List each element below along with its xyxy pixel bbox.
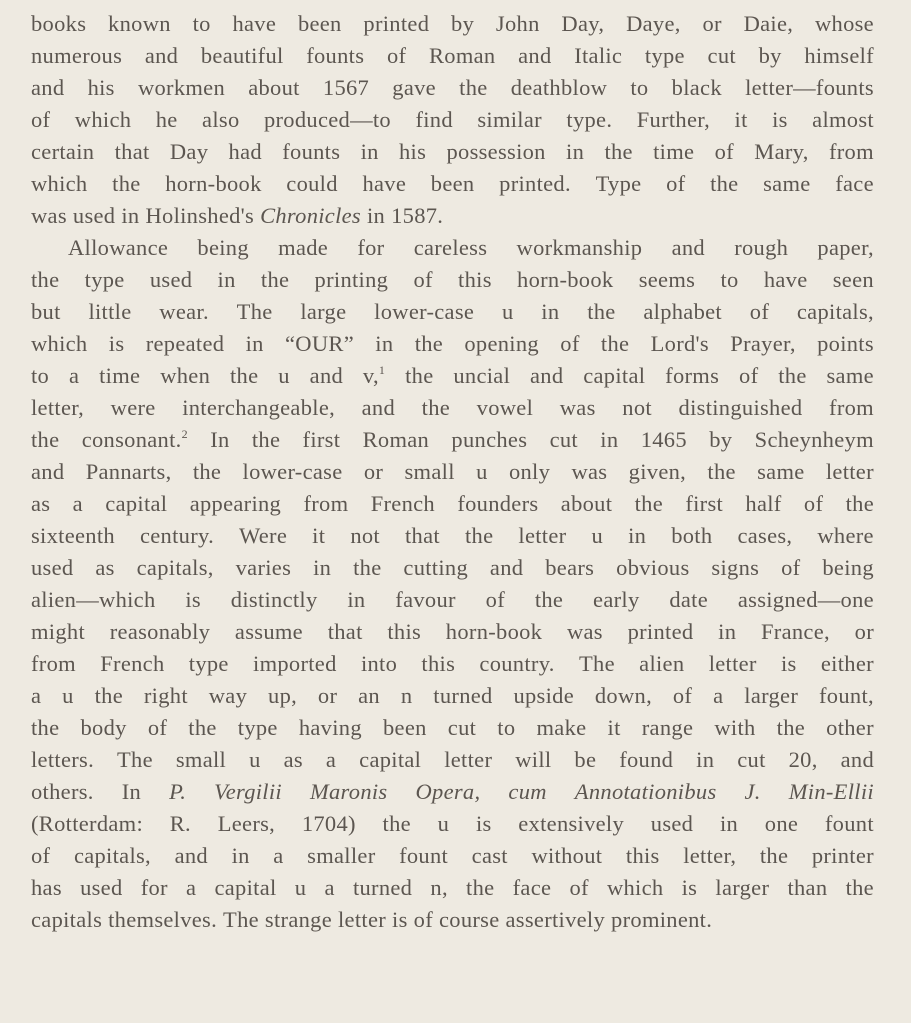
text: the — [31, 715, 59, 740]
word: u — [502, 296, 514, 328]
word: with — [714, 712, 755, 744]
text: body — [81, 715, 127, 740]
word: others. — [31, 776, 94, 808]
word: Day, — [561, 8, 604, 40]
text: without — [531, 843, 602, 868]
text: almost — [812, 107, 874, 132]
text: type — [189, 651, 229, 676]
word: lower-case — [374, 296, 474, 328]
word: himself — [804, 40, 874, 72]
word: of — [739, 360, 758, 392]
word: themselves. — [108, 904, 217, 936]
word: seen — [833, 264, 874, 296]
word: fount, — [819, 680, 874, 712]
text: a — [186, 875, 196, 900]
text: time — [99, 363, 140, 388]
text: a — [273, 843, 283, 868]
text: points — [817, 331, 874, 356]
text: alphabet — [643, 299, 722, 324]
word: of — [148, 712, 167, 744]
text: certain — [31, 139, 94, 164]
word: when — [160, 360, 210, 392]
word: his — [88, 72, 115, 104]
text-line: wasusedinHolinshed'sChroniclesin1587. — [31, 200, 874, 232]
text: cut — [448, 715, 476, 740]
text: capital — [583, 363, 645, 388]
word: of — [486, 584, 505, 616]
word: as — [31, 488, 50, 520]
text: in — [628, 523, 646, 548]
text: in — [347, 587, 365, 612]
text-line: thetypeusedintheprintingofthishorn-books… — [31, 264, 874, 296]
word: u — [278, 360, 290, 392]
text: being — [822, 555, 874, 580]
text: for — [357, 235, 384, 260]
text: of — [804, 491, 823, 516]
text: type — [645, 43, 685, 68]
text-line: whichisrepeatedin“OUR”intheopeningoftheL… — [31, 328, 874, 360]
text: which — [607, 875, 664, 900]
word: Holinshed's — [145, 200, 254, 232]
word: workmen — [138, 72, 225, 104]
text: printed — [363, 11, 429, 36]
text: first — [685, 491, 723, 516]
word: by — [709, 424, 732, 456]
text: not — [622, 395, 652, 420]
text: Holinshed's — [145, 203, 254, 228]
word: printer — [812, 840, 874, 872]
text: capitals, — [797, 299, 874, 324]
text: fount, — [819, 683, 874, 708]
text: upside — [513, 683, 574, 708]
word: from — [303, 488, 348, 520]
word: Maronis — [310, 776, 388, 808]
word: used — [80, 872, 122, 904]
text: be — [574, 747, 596, 772]
word: letter — [518, 520, 566, 552]
text: that — [115, 139, 150, 164]
word: Allowance — [68, 232, 168, 264]
text: appearing — [190, 491, 281, 516]
text: Roman — [429, 43, 496, 68]
text: been — [298, 11, 342, 36]
word: Roman — [363, 424, 430, 456]
text-line: booksknowntohavebeenprintedbyJohnDay,Day… — [31, 8, 874, 40]
word: produced—to — [264, 104, 391, 136]
text: a — [69, 363, 79, 388]
text: u — [249, 747, 261, 772]
text: letter, — [683, 843, 736, 868]
word: cutting — [403, 552, 468, 584]
text: black — [672, 75, 722, 100]
text: John — [496, 11, 540, 36]
text: the — [415, 331, 443, 356]
word: used — [651, 808, 693, 840]
word: horn-book — [446, 616, 542, 648]
paragraph: Allowancebeingmadeforcarelessworkmanship… — [31, 232, 874, 936]
word: be — [574, 744, 596, 776]
text-line: capitalsthemselves.Thestrangeletterisofc… — [31, 904, 874, 936]
word: fount — [825, 808, 874, 840]
text: the — [422, 395, 450, 420]
text: Pannarts, — [86, 459, 172, 484]
text: deathblow — [511, 75, 607, 100]
text: have — [362, 171, 406, 196]
word: and — [145, 40, 178, 72]
word: the — [710, 168, 738, 200]
word: bears — [545, 552, 594, 584]
text: used — [31, 555, 73, 580]
word: seems — [639, 264, 696, 296]
text: The — [223, 907, 259, 932]
text-line: thebodyofthetypehavingbeencuttomakeitran… — [31, 712, 874, 744]
word: or — [318, 680, 337, 712]
text: both — [671, 523, 712, 548]
text: R. — [170, 811, 191, 836]
word: upside — [513, 680, 574, 712]
text: was — [571, 459, 607, 484]
text: of — [414, 907, 433, 932]
text: signs — [711, 555, 759, 580]
text: lower-case — [243, 459, 343, 484]
text: one — [765, 811, 798, 836]
word: he — [156, 104, 178, 136]
text: cutting — [403, 555, 468, 580]
text: but — [31, 299, 61, 324]
word: capital — [214, 872, 276, 904]
text: Scheynheym — [755, 427, 874, 452]
word: also — [202, 104, 239, 136]
word: alien—which — [31, 584, 156, 616]
text: of — [569, 875, 588, 900]
word: the — [383, 808, 411, 840]
text: of — [781, 555, 800, 580]
text: from — [829, 139, 874, 164]
text-line: Allowancebeingmadeforcarelessworkmanship… — [31, 232, 874, 264]
word: known — [108, 8, 171, 40]
word: body — [81, 712, 127, 744]
word: a — [326, 744, 336, 776]
word: In — [122, 776, 141, 808]
word: French — [371, 488, 435, 520]
text: which — [31, 171, 88, 196]
word: in — [361, 136, 379, 168]
text: reasonably — [110, 619, 210, 644]
footnote-marker: 2 — [182, 427, 188, 441]
text: known — [108, 11, 171, 36]
text: small — [176, 747, 226, 772]
word: and — [518, 40, 551, 72]
text: and — [672, 235, 705, 260]
word: about — [248, 72, 300, 104]
word: being — [822, 552, 874, 584]
word: by — [451, 8, 474, 40]
text: cut — [708, 43, 736, 68]
word: of — [569, 872, 588, 904]
word: letter — [709, 648, 757, 680]
word: found — [619, 744, 673, 776]
text: u — [502, 299, 514, 324]
word: the — [31, 424, 59, 456]
text: Mary, — [754, 139, 808, 164]
text: is — [781, 651, 797, 676]
text: an — [358, 683, 380, 708]
text: gave — [392, 75, 436, 100]
text: Allowance — [68, 235, 168, 260]
word: n, — [430, 872, 447, 904]
text: about — [561, 491, 613, 516]
word: points — [817, 328, 874, 360]
text: turned — [353, 875, 412, 900]
text: a — [324, 875, 334, 900]
text: other — [826, 715, 874, 740]
word: time — [653, 136, 694, 168]
word: Prayer, — [730, 328, 796, 360]
word: rough — [734, 232, 788, 264]
text: Day — [170, 139, 208, 164]
text: rough — [734, 235, 788, 260]
word: capitals, — [797, 296, 874, 328]
word: letter — [338, 904, 386, 936]
text: found — [619, 747, 673, 772]
word: a — [713, 680, 723, 712]
footnote-marker: 1 — [379, 363, 385, 377]
text: in — [720, 811, 738, 836]
word: printed — [363, 8, 429, 40]
text: from — [31, 651, 76, 676]
text: having — [299, 715, 362, 740]
word: workmanship — [517, 232, 643, 264]
text: was — [31, 203, 67, 228]
text: this — [421, 651, 455, 676]
word: an — [358, 680, 380, 712]
word: Chronicles — [260, 200, 361, 232]
text: printing — [315, 267, 389, 292]
text-line: ofcapitals,andinasmallerfountcastwithout… — [31, 840, 874, 872]
word: the — [415, 328, 443, 360]
word: it — [608, 712, 621, 744]
text: distinctly — [231, 587, 318, 612]
text: of — [413, 267, 432, 292]
text: it — [312, 523, 325, 548]
word: is — [781, 648, 797, 680]
word: large — [300, 296, 346, 328]
word: printing — [315, 264, 389, 296]
text: n — [401, 683, 413, 708]
text: varies — [236, 555, 292, 580]
word: was — [31, 200, 67, 232]
text: the — [604, 139, 632, 164]
text: the — [353, 555, 381, 580]
word: and — [672, 232, 705, 264]
text: his — [88, 75, 115, 100]
word: the — [535, 584, 563, 616]
word: into — [361, 648, 397, 680]
text: turned — [433, 683, 492, 708]
word: fount — [399, 840, 448, 872]
text: same — [763, 171, 810, 196]
text: time — [653, 139, 694, 164]
word: given, — [629, 456, 686, 488]
word: first — [303, 424, 341, 456]
word: could — [286, 168, 338, 200]
text: type — [238, 715, 278, 740]
word: been — [431, 168, 475, 200]
text: type — [85, 267, 125, 292]
text: Daie, — [744, 11, 794, 36]
word: Lord's — [651, 328, 709, 360]
word: from — [829, 136, 874, 168]
word: Day — [170, 136, 208, 168]
word: this — [458, 264, 492, 296]
word: up, — [268, 680, 297, 712]
text: he — [156, 107, 178, 132]
word: by — [759, 40, 782, 72]
text-line: asacapitalappearingfromFrenchfoundersabo… — [31, 488, 874, 520]
word: type — [238, 712, 278, 744]
word: letter, — [31, 392, 84, 424]
word: Type — [596, 168, 642, 200]
text: the — [846, 875, 874, 900]
text: and — [145, 43, 178, 68]
word: in — [367, 200, 385, 232]
word: first — [685, 488, 723, 520]
word: possession — [446, 136, 545, 168]
text: prominent. — [611, 907, 712, 932]
text-line: (Rotterdam:R.Leers,1704)theuisextensivel… — [31, 808, 874, 840]
text: by — [759, 43, 782, 68]
word: R. — [170, 808, 191, 840]
text: make — [537, 715, 587, 740]
word: careless — [414, 232, 488, 264]
text: numerous — [31, 43, 122, 68]
word: than — [787, 872, 827, 904]
text: of — [739, 363, 758, 388]
word: being — [197, 232, 249, 264]
word: the — [604, 136, 632, 168]
text: France, — [761, 619, 830, 644]
word: 1587. — [391, 200, 443, 232]
text: of — [31, 843, 50, 868]
word: distinctly — [231, 584, 318, 616]
word: interchangeable, — [182, 392, 335, 424]
word: P. — [169, 776, 186, 808]
text: smaller — [307, 843, 375, 868]
word: capital — [583, 360, 645, 392]
word: n — [401, 680, 413, 712]
text: in — [718, 619, 736, 644]
book-page: booksknowntohavebeenprintedbyJohnDay,Day… — [31, 8, 874, 936]
text: being — [197, 235, 249, 260]
text: the — [252, 427, 280, 452]
text: capital — [105, 491, 167, 516]
word: the — [422, 392, 450, 424]
text: assigned—one — [738, 587, 874, 612]
word: numerous — [31, 40, 122, 72]
text: this — [626, 843, 660, 868]
word: printed — [628, 616, 694, 648]
text: letters. — [31, 747, 94, 772]
word: the — [707, 456, 735, 488]
text: of — [148, 715, 167, 740]
text: letter — [444, 747, 492, 772]
word: Annotationibus — [575, 776, 717, 808]
word: of — [673, 680, 692, 712]
text: capital — [359, 747, 421, 772]
text-line: numerousandbeautifulfountsofRomanandItal… — [31, 40, 874, 72]
text: u — [438, 811, 450, 836]
word: cut — [448, 712, 476, 744]
word: is — [392, 904, 408, 936]
word: one — [765, 808, 798, 840]
word: assigned—one — [738, 584, 874, 616]
text: which — [75, 107, 132, 132]
text: produced—to — [264, 107, 391, 132]
word: is — [772, 104, 788, 136]
text: of — [486, 587, 505, 612]
word: wear. — [159, 296, 209, 328]
word: founts — [282, 136, 340, 168]
text: v, — [363, 363, 379, 388]
word: horn-book — [165, 168, 261, 200]
word: having — [299, 712, 362, 744]
text: founts — [282, 139, 340, 164]
word: capitals — [31, 904, 102, 936]
text: of — [666, 171, 685, 196]
word: course — [439, 904, 500, 936]
text: careless — [414, 235, 488, 260]
word: in — [696, 744, 714, 776]
text: n, — [430, 875, 447, 900]
text: sixteenth — [31, 523, 115, 548]
word: in — [628, 520, 646, 552]
text: not — [350, 523, 380, 548]
word: assume — [235, 616, 303, 648]
word: Daye, — [626, 8, 681, 40]
word: of — [666, 168, 685, 200]
word: imported — [253, 648, 337, 680]
word: John — [496, 8, 540, 40]
text-line: alien—whichisdistinctlyinfavouroftheearl… — [31, 584, 874, 616]
text: a — [31, 683, 41, 708]
word: Roman — [429, 40, 496, 72]
text: made — [278, 235, 328, 260]
word: the — [31, 712, 59, 744]
word: might — [31, 616, 85, 648]
text: or — [855, 619, 874, 644]
word: date — [669, 584, 708, 616]
text: by — [451, 11, 474, 36]
word: used — [73, 200, 115, 232]
text: as — [284, 747, 303, 772]
text: have — [232, 11, 276, 36]
text: Roman — [363, 427, 430, 452]
word: and — [362, 392, 395, 424]
text: interchangeable, — [182, 395, 335, 420]
word: a — [69, 360, 79, 392]
word: signs — [711, 552, 759, 584]
text: letter — [709, 651, 757, 676]
text: used — [651, 811, 693, 836]
word: country. — [479, 648, 554, 680]
text: as — [95, 555, 114, 580]
word: beautiful — [201, 40, 284, 72]
text: Leers, — [218, 811, 275, 836]
word: same — [763, 168, 810, 200]
word: 1465 — [641, 424, 687, 456]
word: capitals, — [74, 840, 151, 872]
text: favour — [395, 587, 456, 612]
